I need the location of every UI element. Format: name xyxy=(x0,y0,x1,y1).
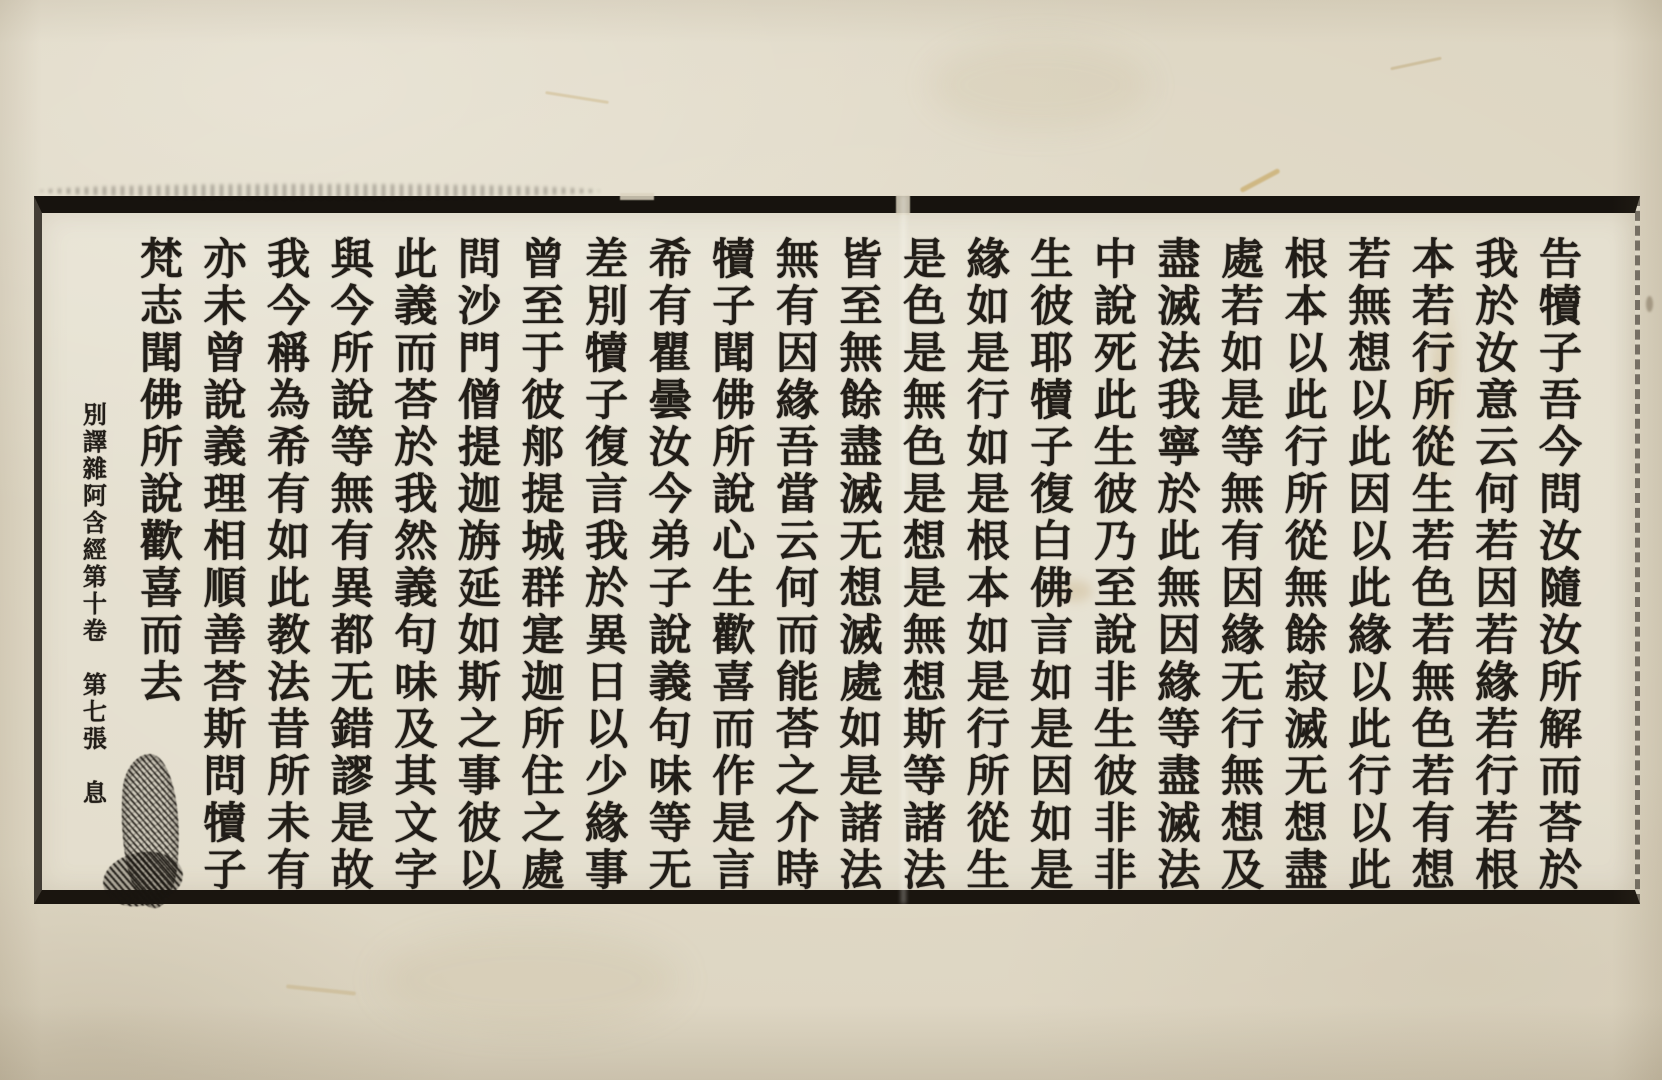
text-column: 緣如是行如是根本如是行所從生 xyxy=(952,236,1016,912)
text-column: 皆至無餘盡滅无想滅處如是諸法 xyxy=(825,236,889,912)
text-column: 本若行所從生若色若無色若有想 xyxy=(1397,236,1461,912)
text-column: 我於汝意云何若因若緣若行若根 xyxy=(1461,236,1525,912)
text-column: 根本以此行所從無餘寂滅无想盡 xyxy=(1270,236,1334,912)
text-column: 問沙門僧提迦旃延如斯之事彼以 xyxy=(443,236,507,912)
text-column: 與今所說等無有異都无錯謬是故 xyxy=(316,236,380,912)
text-column: 犢子聞佛所說心生歡喜而作是言 xyxy=(698,236,762,912)
text-column: 差別犢子復言我於異日以少緣事 xyxy=(571,236,635,912)
text-column: 告犢子吾今問汝隨汝所解而荅於 xyxy=(1524,236,1588,912)
ink-spray xyxy=(40,184,600,198)
text-column: 處若如是等無有因緣无行無想及 xyxy=(1206,236,1270,912)
text-column: 盡滅法我寧於此無因緣等盡滅法 xyxy=(1143,236,1207,912)
text-column: 此義而荅於我然義句味及其文字 xyxy=(380,236,444,912)
text-column: 中說死此生彼乃至說非生彼非非 xyxy=(1079,236,1143,912)
colophon-column: 別譯雜阿含經第十卷 第七張 息 xyxy=(59,236,125,912)
text-column: 希有瞿曇汝今弟子說義句味等无 xyxy=(634,236,698,912)
border-gap xyxy=(620,193,654,200)
text-column: 無有因緣吾當云何而能荅之介時 xyxy=(761,236,825,912)
text-columns: 告犢子吾今問汝隨汝所解而荅於我於汝意云何若因若緣若行若根本若行所從生若色若無色若… xyxy=(72,236,1588,912)
text-column: 是色是無色是想是無想斯等諸法 xyxy=(888,236,952,912)
text-column: 生彼耶犢子復白佛言如是因如是 xyxy=(1016,236,1080,912)
text-column: 若無想以此因以此緣以此行以此 xyxy=(1334,236,1398,912)
text-column: 亦未曾說義理相順善荅斯問犢子 xyxy=(189,236,253,912)
text-column: 曾至于彼郍提城群寔迦所住之處 xyxy=(507,236,571,912)
text-column: 我今稱為希有如此教法昔所未有 xyxy=(253,236,317,912)
